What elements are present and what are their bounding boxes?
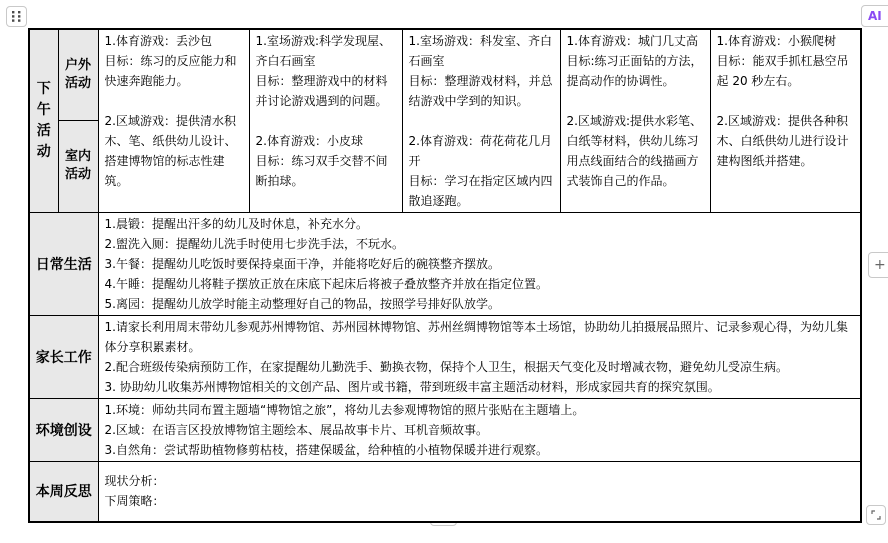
ai-button-label: AI	[868, 9, 882, 23]
weekly-plan-table: 下午活动 户外活动 1.体育游戏：丢沙包 目标：练习的反应能力和快速奔跑能力。 …	[28, 28, 862, 523]
environment-cell[interactable]: 1.环境：师幼共同布置主题墙“博物馆之旅”，将幼儿去参观博物馆的照片张贴在主题墙…	[98, 399, 861, 462]
row-label-indoor[interactable]: 室内活动	[58, 120, 98, 212]
add-column-button[interactable]: +	[868, 252, 888, 278]
row-label-reflection[interactable]: 本周反思	[29, 462, 98, 522]
afternoon-cell-thursday[interactable]: 1.体育游戏：城门几丈高 目标:练习正面钻的方法，提高动作的协调性。 2.区域游…	[560, 29, 710, 213]
row-label-daily-life[interactable]: 日常生活	[29, 213, 98, 316]
row-label-afternoon[interactable]: 下午活动	[29, 29, 58, 213]
row-label-indoor-text: 室内活动	[65, 148, 91, 184]
grid-handle-icon	[12, 11, 21, 22]
afternoon-cell-tuesday[interactable]: 1.室场游戏:科学发现屋、齐白石画室 目标：整理游戏中的材料并讨论游戏遇到的问题…	[249, 29, 402, 213]
drag-handle-button[interactable]	[6, 6, 27, 27]
afternoon-cell-monday[interactable]: 1.体育游戏：丢沙包 目标：练习的反应能力和快速奔跑能力。 2.区域游戏：提供清…	[98, 29, 249, 213]
ai-button[interactable]: AI	[861, 5, 888, 27]
row-label-environment[interactable]: 环境创设	[29, 399, 98, 462]
afternoon-cell-wednesday[interactable]: 1.室场游戏：科发室、齐白石画室 目标：整理游戏材料，并总结游戏中学到的知识。 …	[402, 29, 560, 213]
daily-life-cell[interactable]: 1.晨锻：提醒出汗多的幼儿及时休息，补充水分。 2.盥洗入厕：提醒幼儿洗手时使用…	[98, 213, 861, 316]
parent-work-cell[interactable]: 1.请家长利用周末带幼儿参观苏州博物馆、苏州园林博物馆、苏州丝绸博物馆等本土场馆…	[98, 316, 861, 399]
afternoon-cell-friday[interactable]: 1.体育游戏：小猴爬树 目标：能双手抓杠悬空吊起 20 秒左右。 2.区域游戏：…	[710, 29, 861, 213]
expand-icon	[871, 510, 881, 520]
plus-icon: +	[874, 257, 886, 273]
row-label-outdoor[interactable]: 户外活动	[58, 29, 98, 120]
expand-button[interactable]	[866, 505, 886, 525]
editor-canvas: AI + + 下午活动 户外活动	[0, 0, 888, 543]
row-label-outdoor-text: 户外活动	[65, 57, 91, 93]
reflection-cell[interactable]: 现状分析： 下周策略：	[98, 462, 861, 522]
row-label-parent-work[interactable]: 家长工作	[29, 316, 98, 399]
row-label-afternoon-text: 下午活动	[37, 79, 51, 163]
